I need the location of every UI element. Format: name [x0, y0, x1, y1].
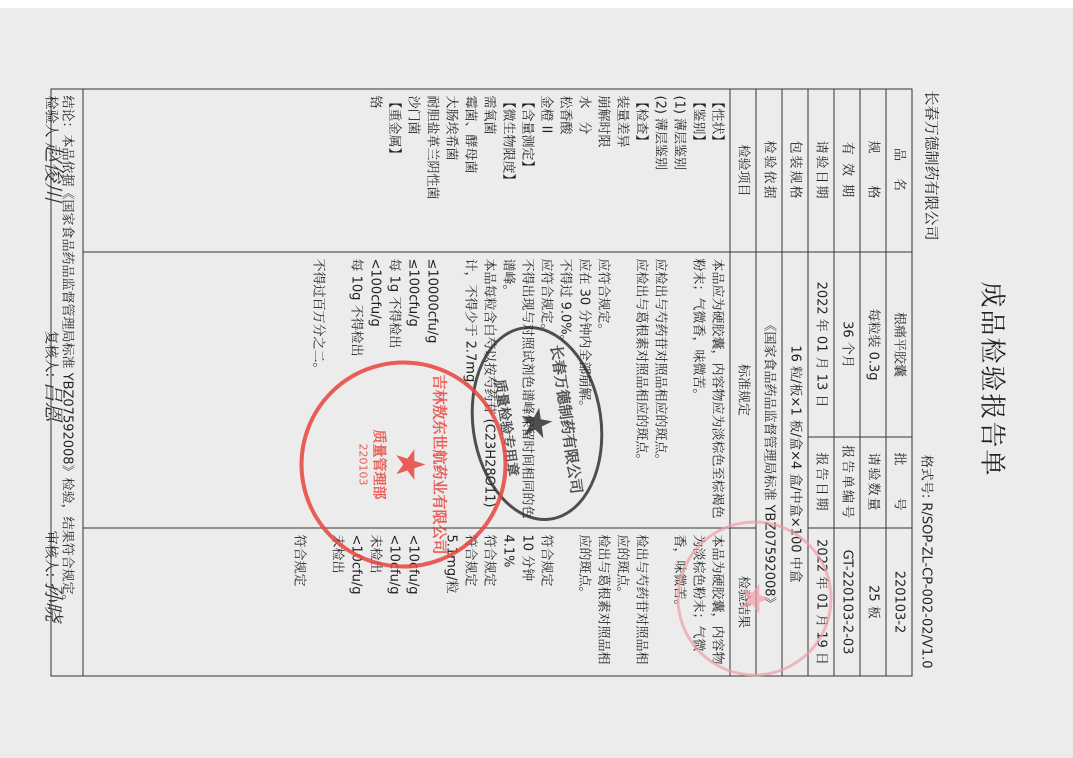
- row-standard: 本品应为硬胶囊，内容物应为淡棕色至棕褐色粉末；气微香，味微苦。: [689, 259, 727, 522]
- inspector-label: 检验人: [43, 96, 59, 138]
- reviewer-label: 复核人:: [43, 331, 59, 378]
- form-number-value: R/SOP-ZL-CP-002-02/V1.0: [919, 502, 934, 668]
- packing-label: 包装规格: [782, 89, 808, 252]
- star-icon: ★: [390, 447, 430, 483]
- reviewer-name: 吕恩: [42, 382, 66, 422]
- report-date-label: 报告日期: [808, 437, 834, 528]
- row-item: (2) 薄层鉴别: [651, 96, 670, 246]
- row-result: 符合规定: [537, 535, 556, 670]
- items-column: 【性状】【鉴别】(1) 薄层鉴别(2) 薄层鉴别【检查】装量差异崩解时限水 分松…: [83, 89, 730, 252]
- approver-name: 孙晓: [42, 582, 66, 622]
- validity: 36 个月: [834, 252, 860, 437]
- row-standard: 应检出与芍药苷对照品相应的斑点。: [651, 259, 670, 522]
- row-item: 铬: [366, 96, 385, 246]
- row-item: (1) 薄层鉴别: [670, 96, 689, 246]
- row-item: 装量差异: [613, 96, 632, 246]
- row-item: 【鉴别】: [689, 96, 708, 246]
- row-item: 耐胆盐革兰阴性菌: [423, 96, 442, 246]
- request-date: 2022 年 01 月 13 日: [808, 252, 834, 437]
- product-name: 根痛平胶囊: [886, 252, 912, 437]
- row-result: [556, 535, 575, 670]
- inspector-name: 赵俊川: [42, 142, 66, 202]
- inspector-signature: 检验人 赵俊川: [41, 96, 70, 202]
- row-item: 霉菌、酵母菌: [461, 96, 480, 246]
- row-item: 大肠埃希菌: [442, 96, 461, 246]
- faint-red-stamp: ★: [677, 521, 833, 677]
- row-item: 金橙 II: [537, 96, 556, 246]
- approver-label: 审核人:: [43, 531, 59, 578]
- row-item: 水 分: [575, 96, 594, 246]
- report-title: 成品检验报告单: [976, 1, 1013, 758]
- star-icon: ★: [735, 581, 775, 617]
- row-result: 4.1%: [499, 535, 518, 670]
- red-stamp-code: 220103: [357, 444, 370, 486]
- row-item: 【重金属】: [385, 96, 404, 246]
- form-number-label: 格式号:: [919, 455, 934, 498]
- col-item-header: 检验项目: [730, 89, 756, 252]
- row-item: 【性状】: [708, 96, 727, 246]
- row-result: 未检出: [328, 535, 347, 670]
- row-result: 符合规定: [461, 535, 480, 670]
- row-standard: [670, 259, 689, 522]
- report-number: GT-220103-2-03: [834, 528, 860, 676]
- spec-label: 规 格: [860, 89, 886, 252]
- row-result: 符合规定: [480, 535, 499, 670]
- red-stamp-top-text: 吉林敖东世航药业有限公司: [430, 374, 451, 554]
- spec: 每粒装 0.3g: [860, 252, 886, 437]
- qc-red-stamp: 吉林敖东世航药业有限公司 ★ 质量管理部 220103: [300, 361, 508, 569]
- row-item: 崩解时限: [594, 96, 613, 246]
- report-page: 成品检验报告单 长春万德制药有限公司 格式号: R/SOP-ZL-CP-002-…: [0, 1, 1073, 758]
- request-date-label: 请验日期: [808, 89, 834, 252]
- approver-signature: 审核人: 孙晓: [41, 531, 70, 622]
- row-item: 沙门菌: [404, 96, 423, 246]
- row-item: 需氧菌: [480, 96, 499, 246]
- reviewer-signature: 复核人: 吕恩: [41, 331, 70, 422]
- row-result: 符合规定: [290, 535, 309, 670]
- product-name-label: 品 名: [886, 89, 912, 252]
- batch-number: 220103-2: [886, 528, 912, 676]
- report-no-label: 报告单编号: [834, 437, 860, 528]
- row-item: 【含量测定】: [518, 96, 537, 246]
- star-icon: ★: [514, 403, 559, 444]
- company-name: 长春万德制药有限公司: [922, 91, 943, 241]
- row-item: 【检查】: [632, 96, 651, 246]
- row-result: [309, 535, 328, 670]
- batch-label: 批 号: [886, 437, 912, 528]
- row-result: 10 分钟: [518, 535, 537, 670]
- row-item: 【微生物限度】: [499, 96, 518, 246]
- red-stamp-bottom-text: 质量管理部: [370, 430, 390, 500]
- form-number: 格式号: R/SOP-ZL-CP-002-02/V1.0: [919, 455, 938, 669]
- row-result: 检出与葛根素对照品相应的斑点。: [575, 535, 613, 670]
- row-item: 松香酸: [556, 96, 575, 246]
- row-standard: 应检出与葛根素对照品相应的斑点。: [632, 259, 651, 522]
- row-result: [651, 535, 670, 670]
- row-result: 检出与芍药苷对照品相应的斑点。: [613, 535, 651, 670]
- col-standard-header: 标准规定: [730, 252, 756, 528]
- validity-label: 有 效 期: [834, 89, 860, 252]
- quantity: 25 板: [860, 528, 886, 676]
- quantity-label: 请验数量: [860, 437, 886, 528]
- basis-label: 检验依据: [756, 89, 782, 252]
- row-standard: [613, 259, 632, 522]
